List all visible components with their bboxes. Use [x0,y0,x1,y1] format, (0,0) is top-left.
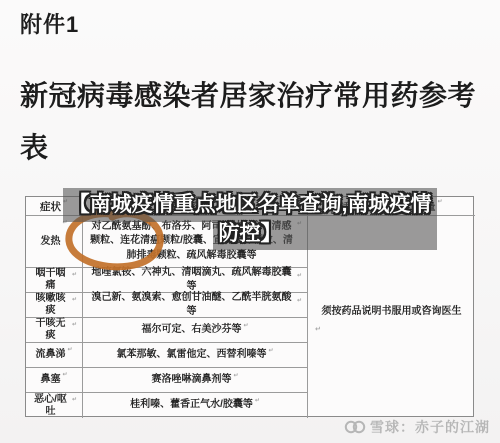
drugs-cell-cough-phlegm: 溴己新、氨溴索、愈创甘油醚、乙酰半胱氨酸等 [83,293,308,318]
screenshot-root: 附件1 新冠病毒感染者居家治疗常用药参考表 症状 常用药物 适用人群及用法、用量… [0,0,500,443]
symptom-cell-runny-nose: 流鼻涕 [26,343,83,368]
page-title: 新冠病毒感染者居家治疗常用药参考表 [20,70,496,174]
drugs-cell-dry-cough: 福尔可定、右美沙芬等 [83,318,308,343]
drugs-cell-nausea: 桂利嗪、藿香正气水/胶囊等 [83,393,308,418]
attachment-label: 附件1 [20,8,79,39]
symptom-cell-cough-phlegm: 咳嗽咳痰 [26,293,83,318]
drugs-cell-stuffy-nose: 赛洛唑啉滴鼻剂等 [83,368,308,393]
xueqiu-logo-icon [344,418,366,436]
watermark: 雪球：赤子的江湖 [344,417,490,437]
overlay-caption: 【南城疫情重点地区名单查询,南城疫情防控】 [63,190,437,248]
symptom-cell-stuffy-nose: 鼻塞 [26,368,83,393]
symptom-cell-nausea: 恶心/呕吐 [26,393,83,418]
symptom-cell-dry-cough: 干咳无痰 [26,318,83,343]
watermark-text: 雪球：赤子的江湖 [370,417,490,437]
drugs-cell-runny-nose: 氯苯那敏、氯雷他定、西替利嗪等 [83,343,308,368]
